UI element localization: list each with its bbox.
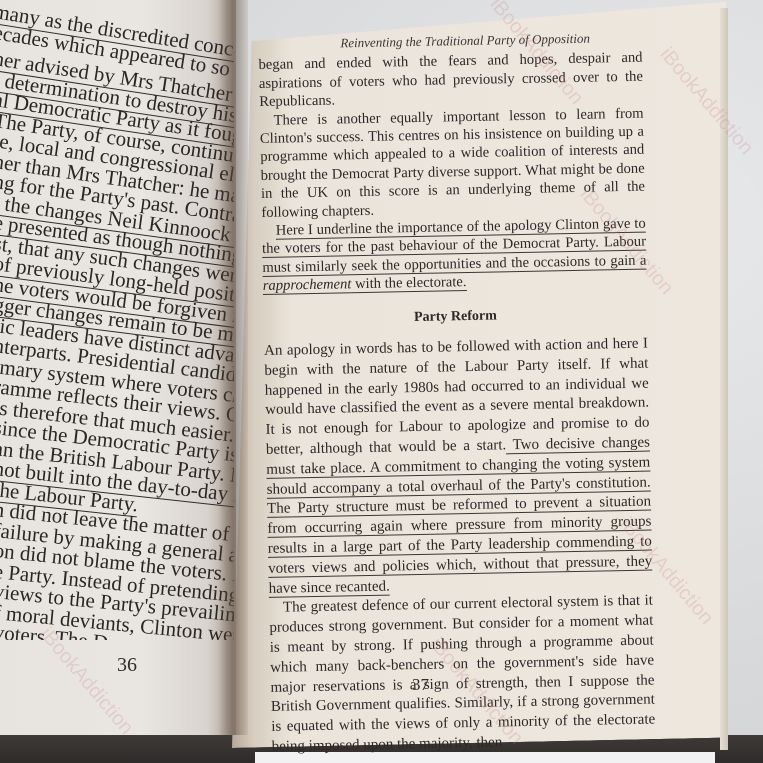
paragraph-defence: The greatest defence of our current elec… <box>269 592 656 758</box>
book-gutter <box>218 0 248 735</box>
section-heading: Party Reform <box>263 304 647 330</box>
underlined-text: Here I underline the importance of the a… <box>262 216 647 277</box>
paragraph-reform: An apology in words has to be followed w… <box>264 335 653 600</box>
underlined-text: Two decisive changes must take place. A … <box>266 435 652 598</box>
left-page-text: many as the discredited concensus poliec… <box>0 0 234 640</box>
paragraph-lesson: There is another equally important lesso… <box>259 104 645 222</box>
paragraph-continuation: began and ended with the fears and hopes… <box>258 49 643 112</box>
paragraph-apology: Here I underline the importance of the a… <box>262 215 647 296</box>
italic-term: rapprochement <box>263 277 352 296</box>
page-number-left: 36 <box>117 654 137 677</box>
page-number-right: 37 <box>412 675 429 695</box>
right-page-text: Reinventing the Traditional Party of Opp… <box>258 29 656 758</box>
page-edge <box>720 8 728 750</box>
